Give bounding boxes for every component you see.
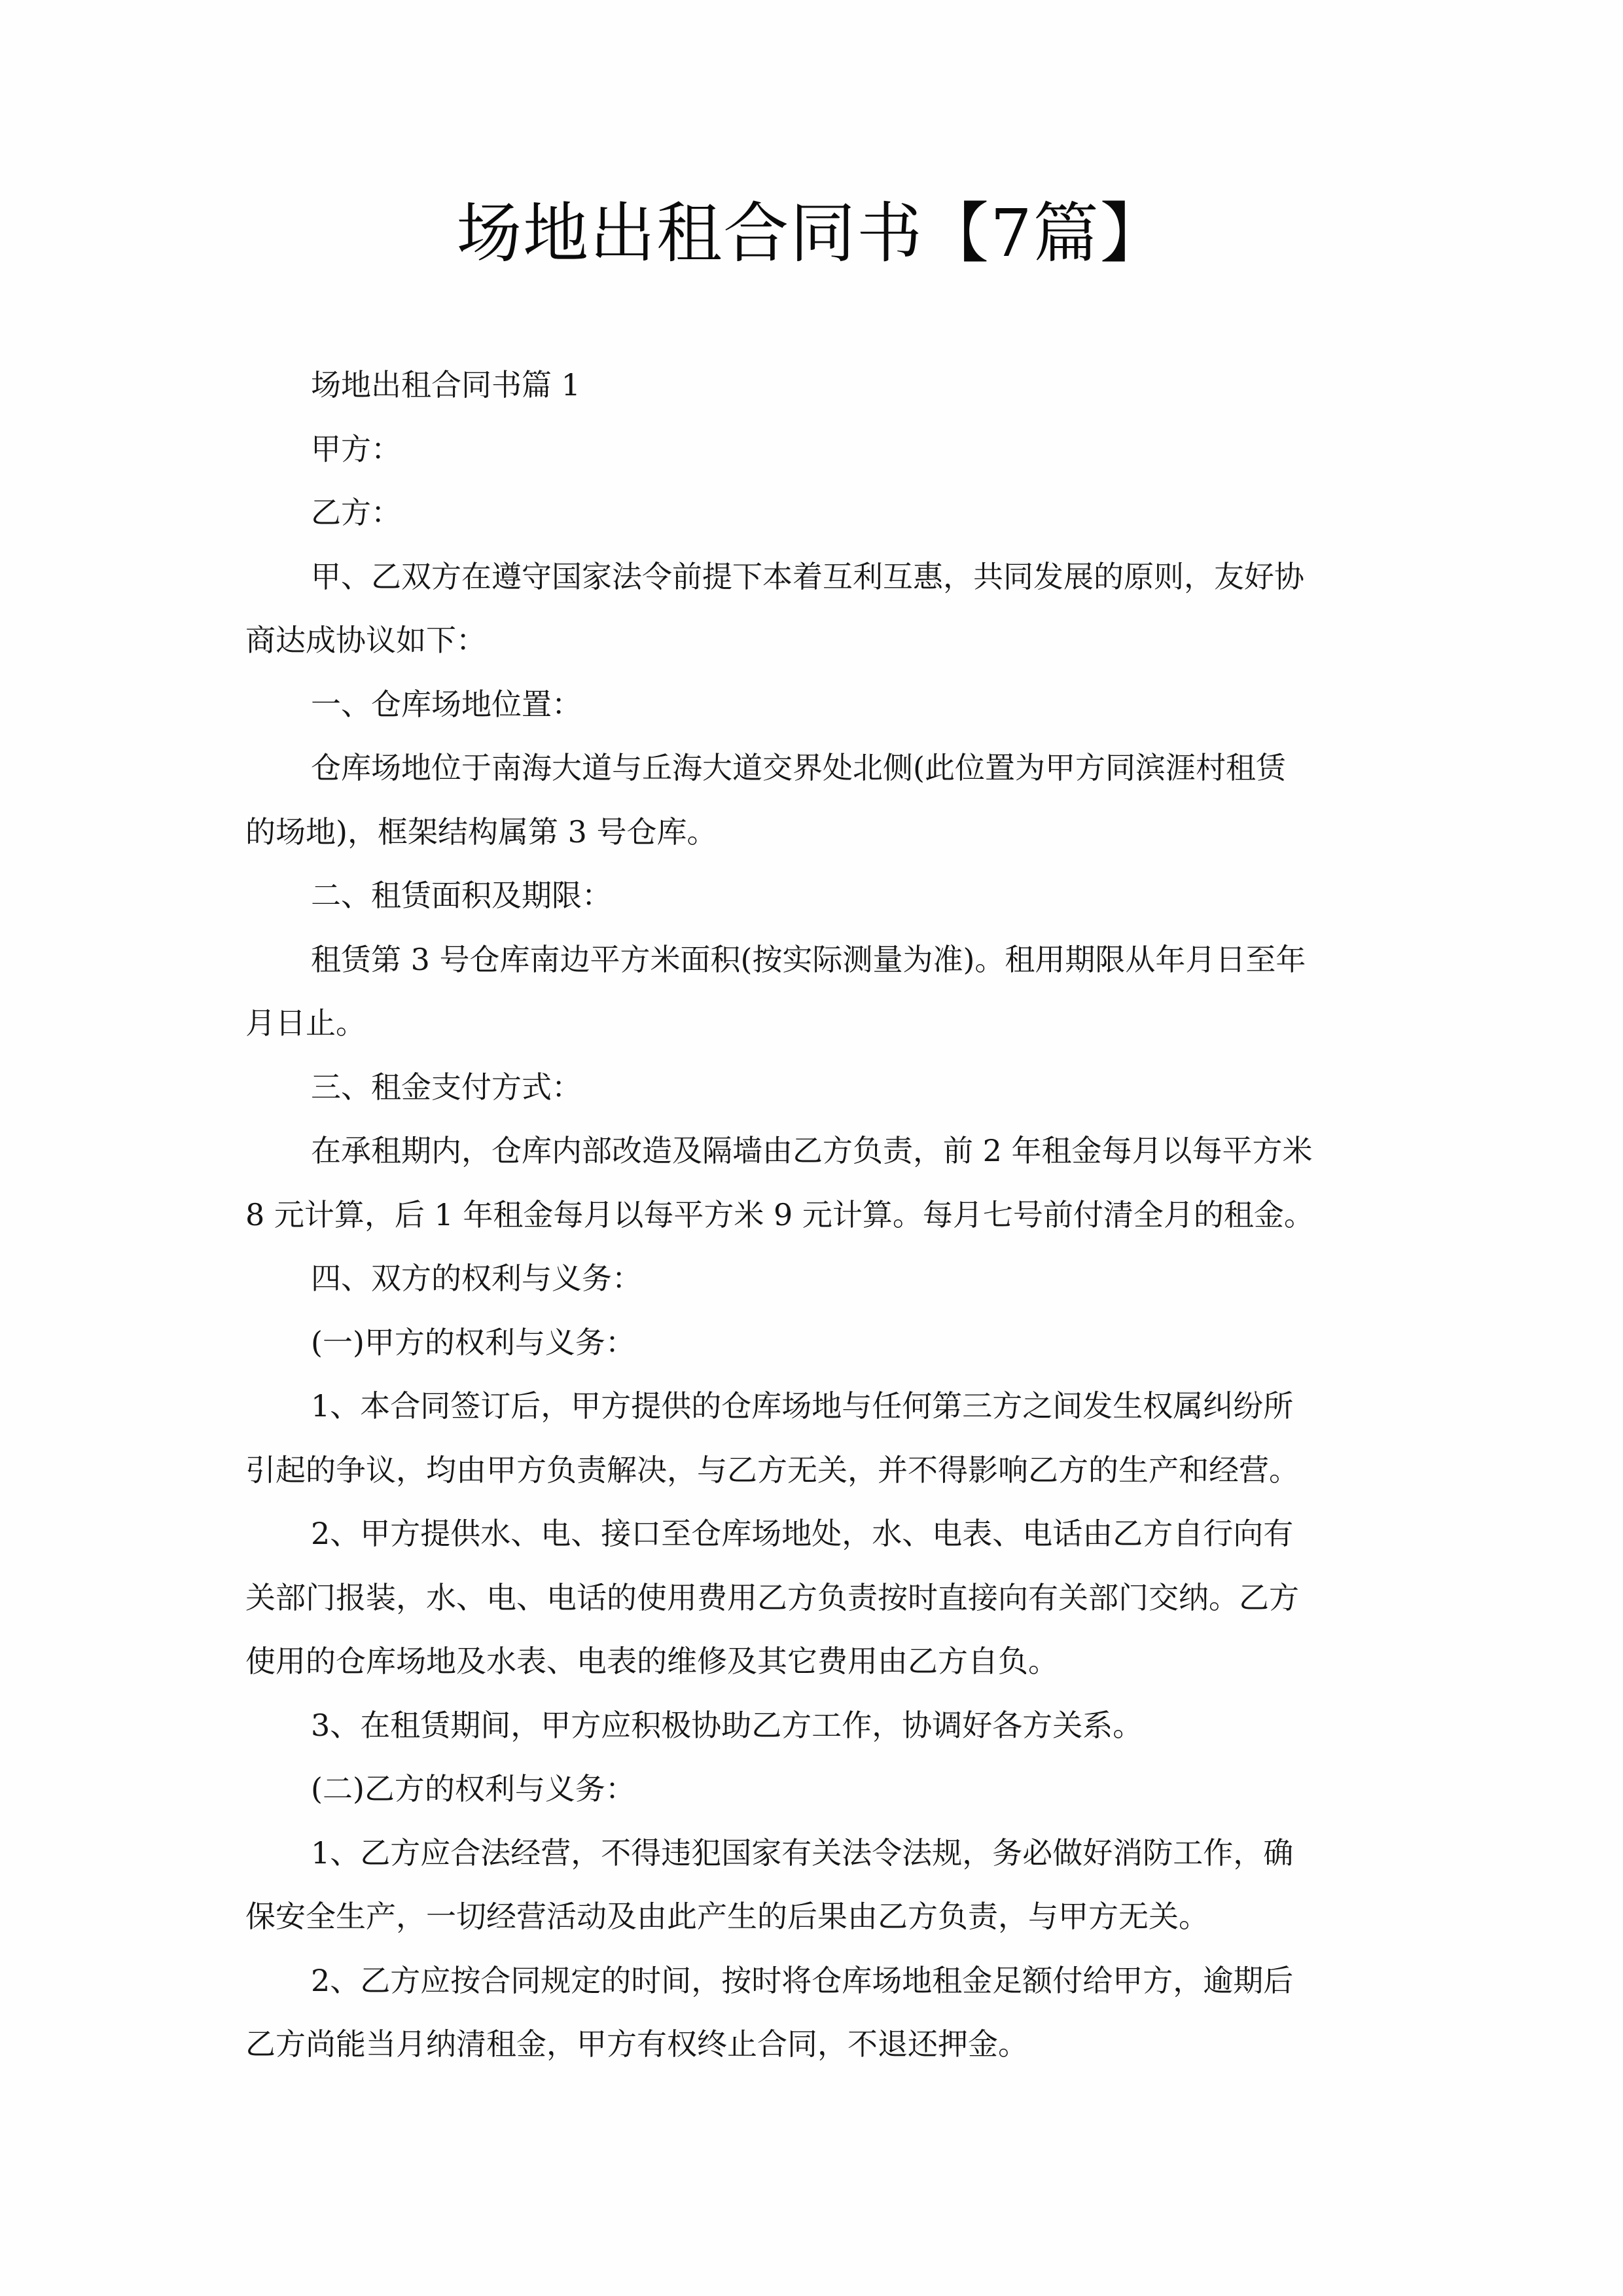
document-page: 场地出租合同书【7篇】 场地出租合同书篇 1 甲方： 乙方： 甲、乙双方在遵守国… [0, 0, 1623, 2296]
clause-heading-area-term: 二、租赁面积及期限： [245, 864, 1381, 928]
party-b-item-2-line-2: 乙方尚能当月纳清租金，甲方有权终止合同，不退还押金。 [245, 2013, 1381, 2077]
subheading-party-a-rights: (一)甲方的权利与义务： [245, 1311, 1381, 1375]
clause-heading-rights: 四、双方的权利与义务： [245, 1247, 1381, 1311]
party-b-item-1-line-1: 1、乙方应合法经营，不得违犯国家有关法令法规，务必做好消防工作，确 [245, 1821, 1381, 1886]
subheading-party-b-rights: (二)乙方的权利与义务： [245, 1757, 1381, 1821]
payment-line-1: 在承租期内，仓库内部改造及隔墙由乙方负责，前 2 年租金每月以每平方米 [245, 1119, 1381, 1183]
party-b-item-1-line-2: 保安全生产，一切经营活动及由此产生的后果由乙方负责，与甲方无关。 [245, 1885, 1381, 1949]
preamble-line-2: 商达成协议如下： [245, 609, 1381, 673]
document-title: 场地出租合同书【7篇】 [0, 191, 1623, 276]
location-line-1: 仓库场地位于南海大道与丘海大道交界处北侧(此位置为甲方同滨涯村租赁 [245, 736, 1381, 800]
section-heading-part-1: 场地出租合同书篇 1 [245, 353, 1381, 418]
party-a-item-2-line-2: 关部门报装，水、电、电话的使用费用乙方负责按时直接向有关部门交纳。乙方 [245, 1566, 1381, 1630]
document-body: 场地出租合同书篇 1 甲方： 乙方： 甲、乙双方在遵守国家法令前提下本着互利互惠… [245, 353, 1381, 2077]
area-term-line-2: 月日止。 [245, 992, 1381, 1056]
location-line-2: 的场地)，框架结构属第 3 号仓库。 [245, 800, 1381, 865]
party-a-item-2-line-3: 使用的仓库场地及水表、电表的维修及其它费用由乙方自负。 [245, 1630, 1381, 1694]
party-a-label: 甲方： [245, 418, 1381, 482]
party-a-item-1-line-1: 1、本合同签订后，甲方提供的仓库场地与任何第三方之间发生权属纠纷所 [245, 1374, 1381, 1439]
party-a-item-1-line-2: 引起的争议，均由甲方负责解决，与乙方无关，并不得影响乙方的生产和经营。 [245, 1439, 1381, 1503]
party-a-item-2-line-1: 2、甲方提供水、电、接口至仓库场地处，水、电表、电话由乙方自行向有 [245, 1502, 1381, 1566]
party-b-item-2-line-1: 2、乙方应按合同规定的时间，按时将仓库场地租金足额付给甲方，逾期后 [245, 1949, 1381, 2013]
preamble-line-1: 甲、乙双方在遵守国家法令前提下本着互利互惠，共同发展的原则，友好协 [245, 545, 1381, 609]
party-b-label: 乙方： [245, 481, 1381, 545]
clause-heading-location: 一、仓库场地位置： [245, 673, 1381, 737]
payment-line-2: 8 元计算，后 1 年租金每月以每平方米 9 元计算。每月七号前付清全月的租金。 [245, 1183, 1381, 1247]
clause-heading-payment: 三、租金支付方式： [245, 1056, 1381, 1120]
area-term-line-1: 租赁第 3 号仓库南边平方米面积(按实际测量为准)。租用期限从年月日至年 [245, 928, 1381, 992]
party-a-item-3: 3、在租赁期间，甲方应积极协助乙方工作，协调好各方关系。 [245, 1694, 1381, 1758]
